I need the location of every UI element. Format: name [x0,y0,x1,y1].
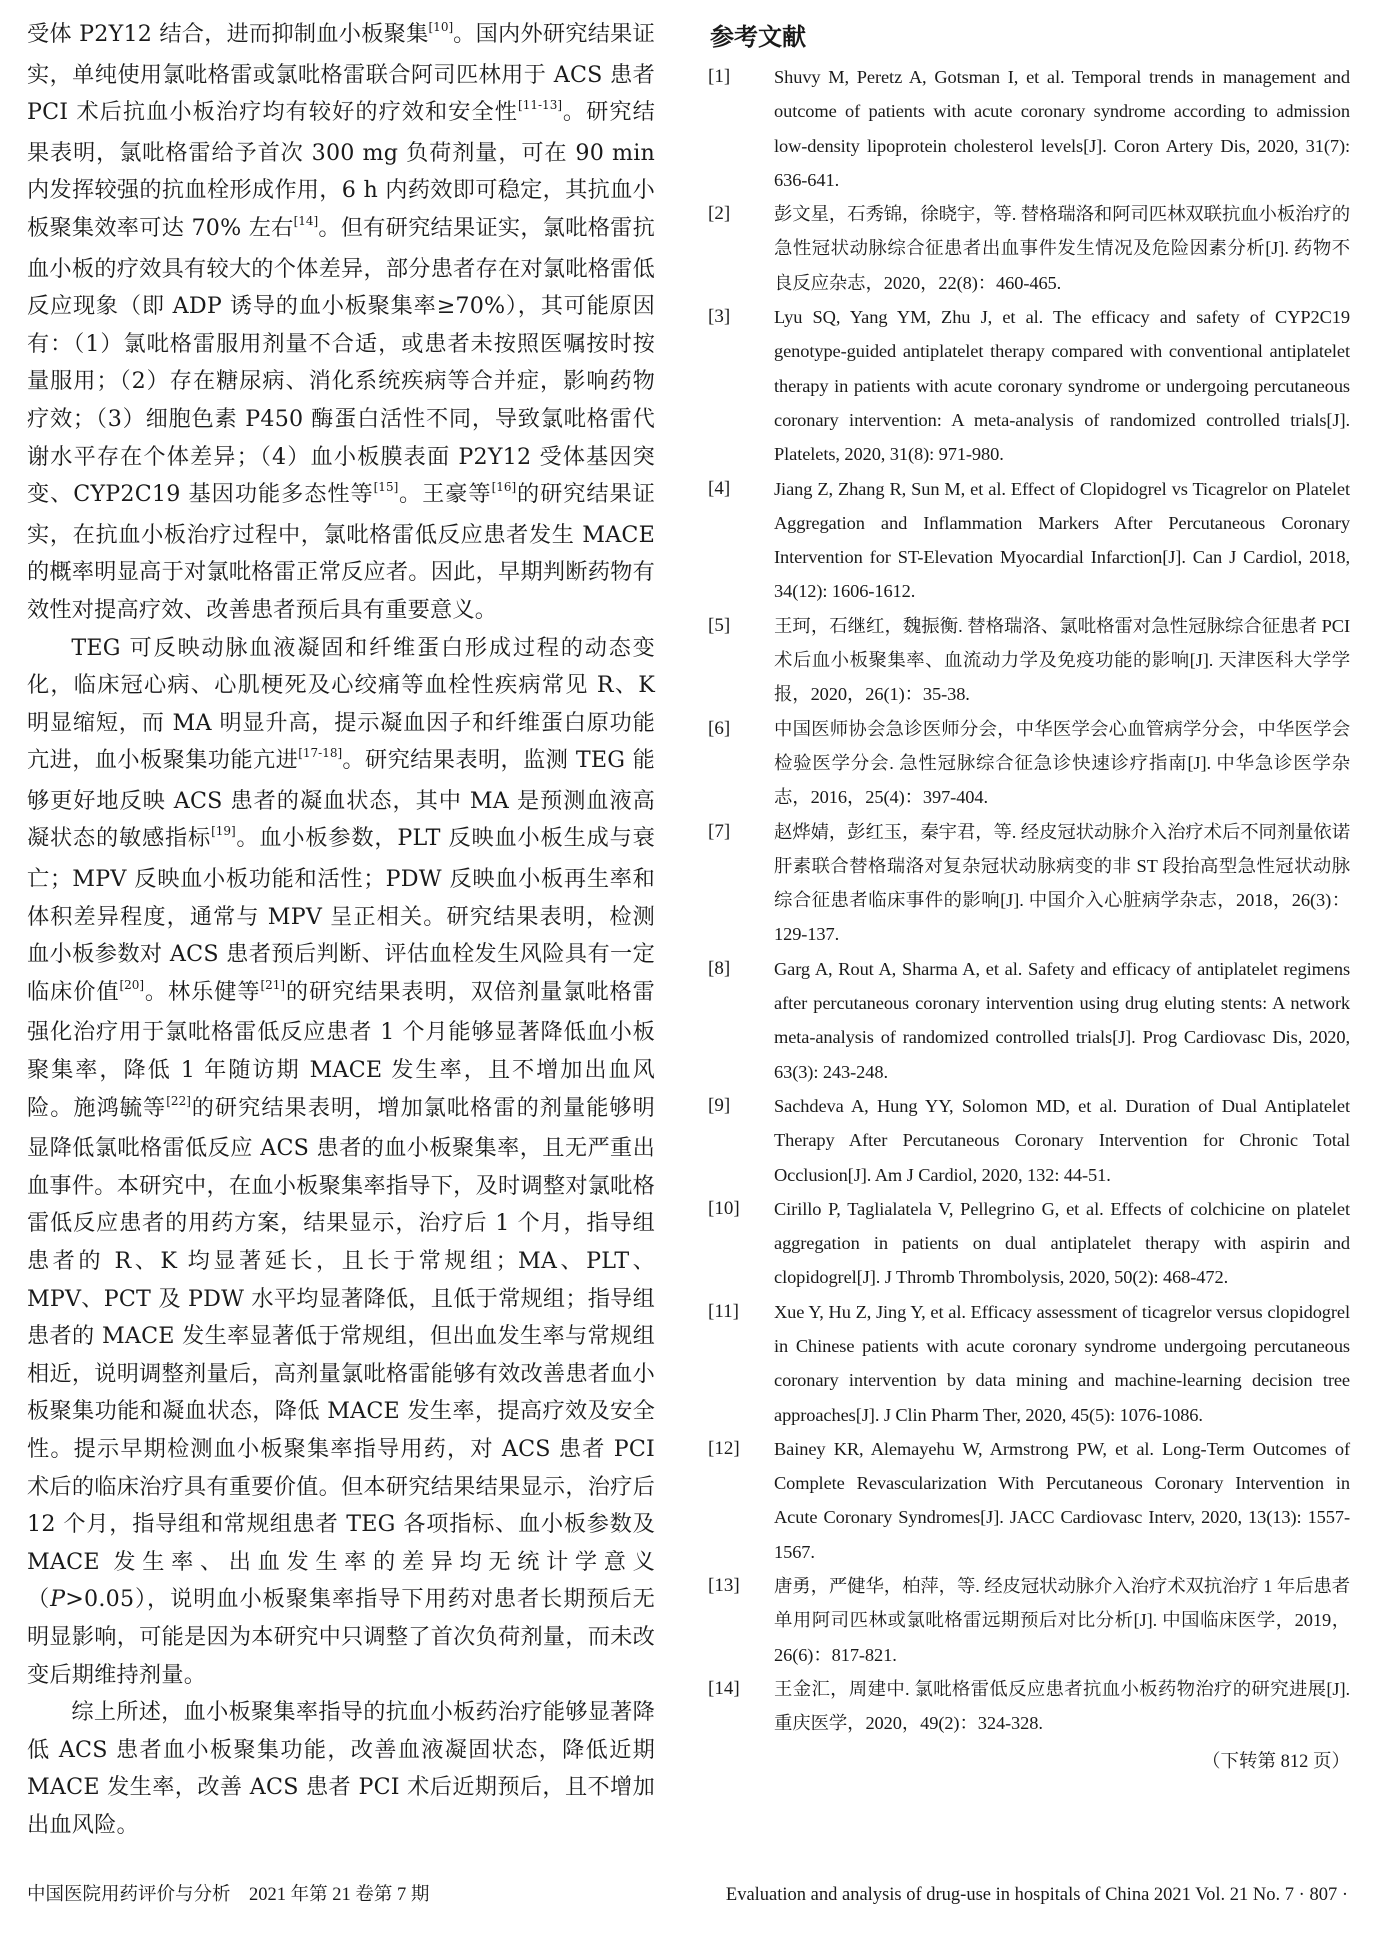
reference-text: Shuvy M, Peretz A, Gotsman I, et al. Tem… [774,60,1350,197]
reference-text: 赵烨婧，彭红玉，秦宇君，等. 经皮冠状动脉介入治疗术后不同剂量依诺肝素联合替格瑞… [774,815,1350,952]
reference-number: [13] [708,1569,774,1603]
citation-marker: [21] [260,978,285,992]
reference-item: [8]Garg A, Rout A, Sharma A, et al. Safe… [708,952,1350,1089]
reference-number: [2] [708,197,774,231]
reference-number: [14] [708,1672,774,1706]
reference-item: [11]Xue Y, Hu Z, Jing Y, et al. Efficacy… [708,1295,1350,1432]
reference-item: [12]Bainey KR, Alemayehu W, Armstrong PW… [708,1432,1350,1569]
citation-marker: [15] [374,480,399,494]
citation-marker: [11-13] [518,98,562,112]
continued-on-page-note: （下转第 812 页） [708,1747,1350,1777]
reference-number: [12] [708,1432,774,1466]
reference-number: [7] [708,815,774,849]
reference-item: [5]王珂，石继红，魏振衡. 替格瑞洛、氯吡格雷对急性冠脉综合征患者 PCI 术… [708,609,1350,712]
reference-number: [9] [708,1089,774,1123]
reference-text: 彭文星，石秀锦，徐晓宇，等. 替格瑞洛和阿司匹林双联抗血小板治疗的急性冠状动脉综… [774,197,1350,300]
italic-symbol: P [50,1586,65,1612]
reference-number: [11] [708,1295,774,1329]
reference-number: [5] [708,609,774,643]
reference-text: 唐勇，严健华，柏萍，等. 经皮冠状动脉介入治疗术双抗治疗 1 年后患者单用阿司匹… [774,1569,1350,1672]
reference-item: [7]赵烨婧，彭红玉，秦宇君，等. 经皮冠状动脉介入治疗术后不同剂量依诺肝素联合… [708,815,1350,952]
reference-item: [14]王金汇，周建中. 氯吡格雷低反应患者抗血小板药物治疗的研究进展[J]. … [708,1672,1350,1741]
paragraph: 受体 P2Y12 结合，进而抑制血小板聚集[10]。国内外研究结果证实，单纯使用… [27,16,655,630]
reference-text: Cirillo P, Taglialatela V, Pellegrino G,… [774,1192,1350,1295]
reference-number: [4] [708,472,774,506]
citation-marker: [14] [294,214,319,228]
reference-item: [10]Cirillo P, Taglialatela V, Pellegrin… [708,1192,1350,1295]
paragraph: 综上所述，血小板聚集率指导的抗血小板药治疗能够显著降低 ACS 患者血小板聚集功… [27,1694,655,1844]
references-column: 参考文献 [1]Shuvy M, Peretz A, Gotsman I, et… [708,22,1350,1777]
citation-marker: [22] [166,1094,191,1108]
reference-item: [3]Lyu SQ, Yang YM, Zhu J, et al. The ef… [708,300,1350,471]
reference-item: [9]Sachdeva A, Hung YY, Solomon MD, et a… [708,1089,1350,1192]
reference-text: Bainey KR, Alemayehu W, Armstrong PW, et… [774,1432,1350,1569]
journal-issue-en-page-number: Evaluation and analysis of drug-use in h… [726,1880,1348,1910]
reference-item: [13]唐勇，严健华，柏萍，等. 经皮冠状动脉介入治疗术双抗治疗 1 年后患者单… [708,1569,1350,1672]
reference-text: Garg A, Rout A, Sharma A, et al. Safety … [774,952,1350,1089]
citation-marker: [10] [429,20,454,34]
reference-text: 中国医师协会急诊医师分会，中华医学会心血管病学分会，中华医学会检验医学分会. 急… [774,712,1350,815]
reference-text: 王珂，石继红，魏振衡. 替格瑞洛、氯吡格雷对急性冠脉综合征患者 PCI 术后血小… [774,609,1350,712]
reference-list: [1]Shuvy M, Peretz A, Gotsman I, et al. … [708,60,1350,1741]
journal-issue-cn: 中国医院用药评价与分析 2021 年第 21 卷第 7 期 [27,1880,429,1910]
reference-item: [1]Shuvy M, Peretz A, Gotsman I, et al. … [708,60,1350,197]
reference-item: [6]中国医师协会急诊医师分会，中华医学会心血管病学分会，中华医学会检验医学分会… [708,712,1350,815]
reference-item: [2]彭文星，石秀锦，徐晓宇，等. 替格瑞洛和阿司匹林双联抗血小板治疗的急性冠状… [708,197,1350,300]
reference-text: Lyu SQ, Yang YM, Zhu J, et al. The effic… [774,300,1350,471]
reference-text: Jiang Z, Zhang R, Sun M, et al. Effect o… [774,472,1350,609]
reference-text: 王金汇，周建中. 氯吡格雷低反应患者抗血小板药物治疗的研究进展[J]. 重庆医学… [774,1672,1350,1741]
page-footer: 中国医院用药评价与分析 2021 年第 21 卷第 7 期 Evaluation… [27,1880,1348,1910]
reference-text: Xue Y, Hu Z, Jing Y, et al. Efficacy ass… [774,1295,1350,1432]
reference-number: [8] [708,952,774,986]
citation-marker: [20] [119,978,144,992]
reference-number: [3] [708,300,774,334]
references-heading: 参考文献 [710,22,1350,52]
citation-marker: [16] [492,480,517,494]
reference-number: [10] [708,1192,774,1226]
citation-marker: [19] [211,824,236,838]
reference-text: Sachdeva A, Hung YY, Solomon MD, et al. … [774,1089,1350,1192]
main-text-column: 受体 P2Y12 结合，进而抑制血小板聚集[10]。国内外研究结果证实，单纯使用… [27,16,655,1845]
paragraph: TEG 可反映动脉血液凝固和纤维蛋白形成过程的动态变化，临床冠心病、心肌梗死及心… [27,630,655,1695]
reference-item: [4]Jiang Z, Zhang R, Sun M, et al. Effec… [708,472,1350,609]
citation-marker: [17-18] [298,746,342,760]
reference-number: [1] [708,60,774,94]
reference-number: [6] [708,712,774,746]
